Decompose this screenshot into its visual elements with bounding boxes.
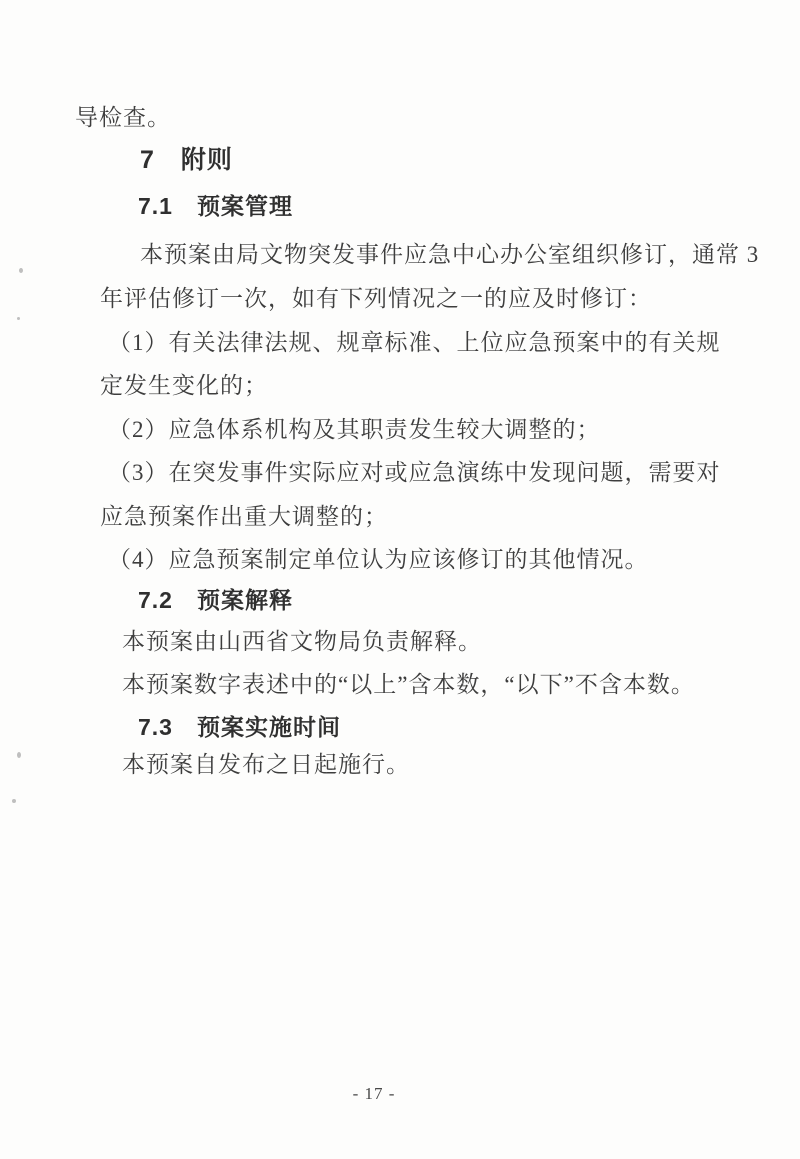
list-item-3-continuation: 应急预案作出重大调整的； [100,503,388,530]
scan-speck-artifact [17,752,21,758]
paragraph-line: 本预案由局文物突发事件应急中心办公室组织修订，通常 3 [140,241,759,268]
paragraph-continuation-line: 导检查。 [75,104,171,131]
page-number: - 17 - [0,1084,748,1104]
list-item-3-line: （3）在突发事件实际应对或应急演练中发现问题，需要对 [108,459,721,486]
section-heading-7-2: 7.2 预案解释 [138,587,293,614]
list-item-1-continuation: 定发生变化的； [100,372,268,399]
scan-speck-artifact [19,268,23,273]
paragraph-line: 年评估修订一次，如有下列情况之一的应及时修订： [100,285,652,312]
paragraph-line: 本预案数字表述中的“以上”含本数，“以下”不含本数。 [122,671,695,698]
scan-speck-artifact [17,317,20,320]
paragraph-line: 本预案自发布之日起施行。 [122,751,410,778]
paragraph-line: 本预案由山西省文物局负责解释。 [122,628,482,655]
section-heading-7: 7 附则 [140,147,233,174]
list-item-4-line: （4）应急预案制定单位认为应该修订的其他情况。 [108,546,649,573]
scan-speck-artifact [12,799,16,803]
section-heading-7-3: 7.3 预案实施时间 [138,714,341,741]
list-item-1-line: （1）有关法律法规、规章标准、上位应急预案中的有关规 [108,329,721,356]
scanned-document-page: 导检查。7 附则7.1 预案管理本预案由局文物突发事件应急中心办公室组织修订，通… [0,0,800,1159]
section-heading-7-1: 7.1 预案管理 [138,193,293,220]
list-item-2-line: （2）应急体系机构及其职责发生较大调整的； [108,416,601,443]
